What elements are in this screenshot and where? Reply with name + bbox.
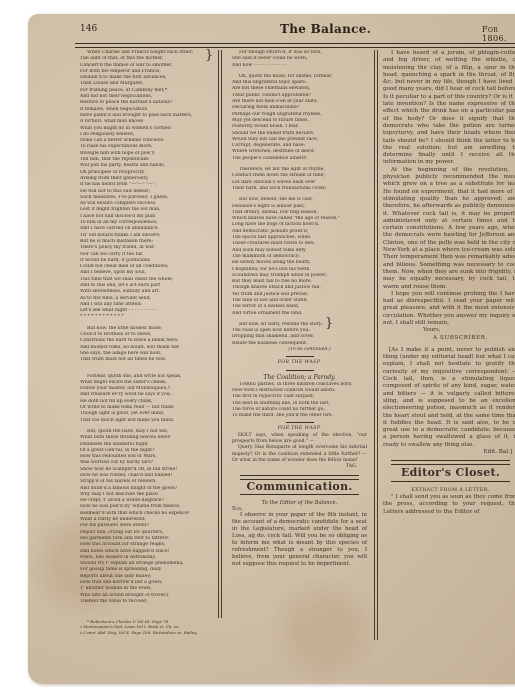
letter-closing: Yours, — [383, 327, 515, 334]
editor-note: [As I make it a point, never to publish … — [383, 347, 515, 449]
ornamental-rule — [240, 475, 359, 480]
wasp-signature: TAG. — [232, 464, 367, 470]
column-divider-left — [218, 50, 222, 618]
wasp-paragraph: HOLT says, when speaking of the election… — [232, 433, 367, 464]
extract-heading: EXTRACT FROM A LETTER. — [383, 487, 515, 494]
poem-stanza: But, quoth the bard, may I not tell,What… — [80, 429, 213, 605]
extract-body: " I shall send you as soon as they come … — [383, 494, 515, 516]
parody-verse: THREE parties, in three kindred conclave… — [232, 382, 367, 420]
text-line: To make the third, she join'd the other … — [232, 413, 367, 419]
brace-glyph: } — [325, 316, 333, 331]
editor-sign: Edit. Bal.] — [383, 449, 515, 456]
newspaper-title: The Balance. — [280, 22, 371, 36]
header-rule — [75, 43, 515, 48]
communication-heading: Communication. — [232, 484, 367, 490]
poem-stanza: But now, sir bard, resume the story:The … — [232, 322, 367, 347]
separator-rule — [286, 370, 314, 371]
paragraph: HOLT says, when speaking of the election… — [232, 433, 367, 446]
poem-stanza: For though return'd, It was so torn,She … — [232, 50, 367, 69]
to-be-continued: (To be continued.) — [232, 347, 367, 353]
thin-rule — [391, 481, 510, 483]
middle-column: For though return'd, It was so torn,She … — [232, 50, 367, 568]
wasp-heading: FOR THE WASP. — [232, 360, 367, 366]
separator-rule — [286, 356, 314, 357]
letter-paragraph-2: At the beginning of the revolution, a ph… — [383, 167, 515, 291]
right-column: I have heard of a jorum, of phlegm-cutte… — [383, 50, 515, 516]
poem-stanza: But now, the little modest muse,Unus'd t… — [80, 326, 213, 364]
separator-rule — [286, 422, 314, 423]
letter-paragraph-3: I hope you will continue probing the I h… — [383, 291, 515, 327]
brace-glyph: } — [205, 48, 213, 63]
text-line: Thereof the value to recover; — [80, 599, 213, 605]
parody-title: The Coalition; a Parody. — [232, 374, 367, 382]
poem-stanza: Therefore, let not the light of rhyme,Co… — [232, 167, 367, 192]
thin-rule — [240, 494, 359, 496]
poem-stanza: When Charles and Francis fought each oth… — [80, 50, 213, 321]
left-column: When Charles and Francis fought each oth… — [80, 50, 213, 635]
communication-body: I observe in your paper of the 6th insta… — [232, 512, 367, 568]
column-divider-right — [374, 50, 378, 640]
poem-stanza: Forbear, quoth she, and write not speak,… — [80, 374, 213, 424]
year-label: For 1806. — [482, 25, 515, 43]
letter-paragraph-1: I have heard of a jorum, of phlegm-cutte… — [383, 50, 515, 167]
page-number: 146 — [80, 24, 97, 34]
ornamental-rule — [391, 460, 510, 465]
poem-stanza: Oh, quoth the muse, for shame, forbear,A… — [232, 74, 367, 162]
letter-signature: A SUBSCRIBER. — [383, 335, 515, 342]
page-header: 146 The Balance. For 1806. — [52, 22, 515, 42]
footnotes: * Robertson's Charles V. Vol III. Page 7… — [80, 619, 213, 635]
poem-stanza: But now, behold, the die is cast,Delusio… — [232, 197, 367, 317]
text-line: ‡ Comn' Abd. Eng. Vol X. Page 168. Richa… — [80, 630, 213, 635]
paragraph: Query. Has Bonaparte at length overcome … — [232, 445, 367, 464]
editors-closet-heading: Editor's Closet. — [383, 469, 515, 476]
